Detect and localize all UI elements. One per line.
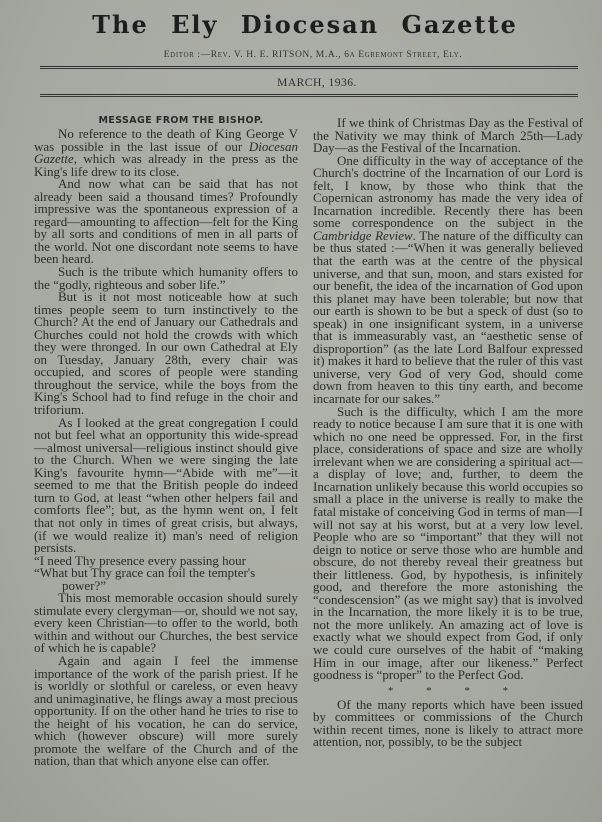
paragraph-text: . The nature of the difficulty can be th…: [313, 228, 583, 406]
paragraph: As I looked at the great congregation I …: [34, 417, 298, 555]
paragraph: This most memorable occasion should sure…: [34, 592, 298, 655]
masthead-rule-bottom: [40, 94, 578, 97]
issue-date: MARCH, 1936.: [16, 77, 602, 89]
paragraph: No reference to the death of King George…: [34, 128, 298, 178]
editor-line: Editor :—Rev. V. H. E. RITSON, M.A., 6a …: [12, 50, 602, 60]
paragraph-text: One difficulty in the way of acceptance …: [313, 153, 583, 231]
paragraph: But is it not most noticeable how at suc…: [34, 291, 298, 416]
paragraph: Such is the tribute which humanity offer…: [34, 266, 298, 291]
paragraph-text: , which was already in the press as the …: [34, 151, 298, 179]
paragraph: And now what can be said that has not al…: [34, 178, 298, 266]
paragraph: Such is the difficulty, which I am the m…: [313, 406, 583, 682]
masthead-rule-top: [40, 66, 578, 69]
masthead-title-wrap: The Ely Diocesan Gazette: [0, 10, 602, 39]
paragraph: Of the many reports which have been issu…: [313, 699, 583, 749]
paragraph: If we think of Christmas Day as the Fest…: [313, 117, 583, 155]
publication-title: The Ely Diocesan Gazette: [92, 10, 518, 39]
paragraph: One difficulty in the way of acceptance …: [313, 155, 583, 406]
section-separator: * * * *: [313, 684, 583, 698]
right-column: If we think of Christmas Day as the Fest…: [313, 117, 583, 749]
left-column: MESSAGE FROM THE BISHOP. No reference to…: [34, 115, 298, 768]
paragraph: Again and again I feel the immense impor…: [34, 655, 298, 768]
